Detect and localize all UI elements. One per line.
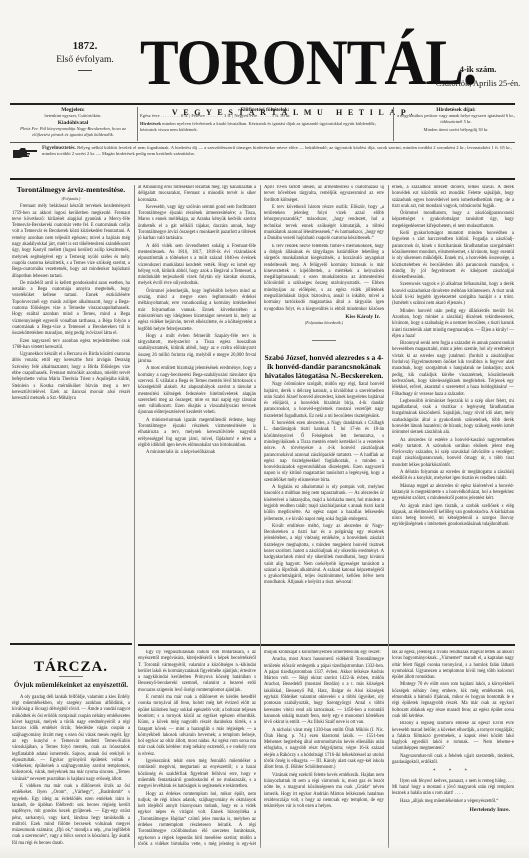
paragraph: Legbensőbb örömünket fejezzük ki a szép … <box>392 399 514 437</box>
paragraph: Ugyanekkor készült el a Berzava és Birda… <box>12 352 130 402</box>
section-rule <box>10 178 515 180</box>
paragraph: Kevesebb, vagy úgy szólván semmi gond se… <box>138 205 256 243</box>
tarcza-column-1: TÁRCZA. Óvjuk műemlékeinket az enyészett… <box>12 648 130 848</box>
column-divider <box>260 185 261 590</box>
paragraph: Egy ily végpusztulásnak induló rom fenta… <box>138 650 256 694</box>
paragraph: muljuk krónikáját s körülményeiben ismer… <box>264 650 384 656</box>
tarcza-column-4: tak az egész, jelenleg a rivalis rendház… <box>392 650 514 848</box>
article-column-2: át Albaunirig erős töltésekkel lezárták … <box>138 185 256 590</box>
paragraph: A oly gazdag déli lankák felföldje, vala… <box>12 695 130 783</box>
paragraph: Örömmel jelenthetjük, hogy legfelsőbb he… <box>138 289 256 333</box>
continuation-note: (Folytatása következik.) <box>264 320 384 326</box>
issue-info: 4-ik szám. Csütörtök, Aprilis 25-én. <box>423 64 529 88</box>
article-column-3: April 10-én tartott ülésén, az ármentesí… <box>264 185 384 590</box>
article-column-1: Torontálmegye árviz-mentesitése. (Folyta… <box>12 185 130 590</box>
paragraph: A ministeriumnak igazán megemlítendő érd… <box>138 418 256 449</box>
paragraph: Ilyen sok fényes! kedves, panaszt, s nem… <box>392 779 514 798</box>
stamp-fee-text: Minden itteni sorért bélyegdíj 30 kr. <box>396 127 516 133</box>
divider <box>59 676 83 677</box>
ads-text: minden nyelven felvétetnek a kiadó hivat… <box>140 121 376 132</box>
paragraph: Nagyszombat-ról csak a fehérek ujjait sz… <box>392 754 514 767</box>
masthead-rule <box>10 103 515 105</box>
divider <box>10 142 515 143</box>
article-headline: Torontálmegye árviz-mentesitése. <box>12 185 130 194</box>
paragraph: át Albaunirig erős töltésekkel lezárták … <box>138 185 256 204</box>
pointing-hand-icon <box>12 147 38 158</box>
column-divider <box>388 185 389 590</box>
paragraph: A most említett bizottság jelentésének e… <box>138 366 256 416</box>
column-divider <box>134 185 135 590</box>
divider <box>78 70 92 71</box>
paragraph: Másnap reggel az alezredes úr egész kísé… <box>392 484 514 503</box>
newspaper-page: 1872. Első évfolyam. TORONTÁL. VEGYESTAR… <box>0 0 529 858</box>
page-bottom-edge <box>0 844 529 858</box>
divider <box>393 107 394 141</box>
tarcza-headline: Óvjuk műemlékeinket az enyészettől. <box>12 681 130 690</box>
paragraph: Fremaut mély belátással készült tervének… <box>12 204 130 280</box>
column-divider <box>388 590 389 848</box>
column-divider <box>260 590 261 848</box>
office-text: Pleitz Fer. Pál könyvnyomdája Nagy-Becsk… <box>12 126 134 138</box>
notice-banner: Figyelmeztetés. Bélyeg nélkül küldött le… <box>12 145 512 175</box>
paragraph: Mintegy 70 év előtt ezen rom hajdani lak… <box>392 682 514 720</box>
paragraph: Aracha, most Aracs hasonnevű vidékéről T… <box>264 657 384 726</box>
paragraph: A nicholai várat még 1330-ban említi Öla… <box>264 728 384 772</box>
paragraph: A déli vidék sem örvendhetett sokáig a F… <box>138 244 256 288</box>
divider <box>137 107 138 141</box>
paragraph: Ezen nagyszerű terv azonban egész terjed… <box>12 339 130 352</box>
edition-info: 1872. Első évfolyam. <box>50 40 120 71</box>
paragraph: Bizony a régiség szomorú emléke az egész… <box>392 721 514 752</box>
paragraph: Igyekezzünk tehát ezen még fennálló műem… <box>138 759 256 790</box>
paragraph: Nagy örömünkre szolgált, midőn egy régi,… <box>264 382 384 420</box>
paragraph: Az ágyak mind igen tiszták, a szobák sze… <box>392 504 514 529</box>
column-divider <box>134 590 135 848</box>
paragraph: E vidéken ma már csak a dűlőnevek őrzik … <box>12 784 130 847</box>
appears-box: Megjelen: hetenkint egyszer, Csütörtökön… <box>12 107 134 141</box>
paragraph: Várának még ezekről felette kevés emléke… <box>264 773 384 811</box>
paragraph: Szerencsés vagyok e jó alkalmat felhaszn… <box>392 282 514 307</box>
paragraph: E romtól ma már csak a dűlőnevet és kérd… <box>138 695 256 758</box>
paragraph: érnek, a századhoz intézett dicsérő, lel… <box>392 185 514 210</box>
paragraph: Bizonnyal senki sem fogja a századot és … <box>392 341 514 398</box>
notice-label: Figyelmeztetés. <box>42 145 76 151</box>
ad-fees-text: a négyhasábos petitsor vagy annak helye … <box>396 113 516 125</box>
issue-number: 4-ik szám. <box>423 64 529 74</box>
notice-text: Bélyeg nélkül küldött levelek el nem fog… <box>42 145 512 156</box>
tarcza-signature: Hertelendy Imre. <box>392 807 510 813</box>
article-byline: (Folytatás.) <box>12 196 130 202</box>
paragraph: Kivált említésre méltó, hogy az alezrede… <box>264 524 384 587</box>
paragraph: A ministerialis úr. a képviselőháznak <box>138 450 256 456</box>
paragraph: Haza „álljuk meg műemlékeinket a végenyé… <box>392 799 514 805</box>
paragraph: Minden honvéd után pedig egy álláskérdés… <box>392 309 514 340</box>
paragraph: Hogy az érdekes romtemplom hol, mikor ép… <box>138 792 256 848</box>
masthead: 1872. Első évfolyam. TORONTÁL. VEGYESTAR… <box>10 20 520 100</box>
paragraph: A foglalás ez alkalommal is oly pompás v… <box>264 485 384 523</box>
ad-fees-box: Hirdetések díjai: a négyhasábos petitsor… <box>396 107 516 141</box>
divider <box>312 340 336 341</box>
subscription-prices: Egész évre . . . . . . . . . 6 ft. | Fél… <box>140 113 390 119</box>
tarcza-rule <box>138 644 515 646</box>
paragraph: A délután folyamán az ezredes úr megláto… <box>392 470 514 483</box>
paragraph: Örömmel mondhatom, hogy a zászlóaljparan… <box>392 211 514 230</box>
tarcza-column-3: muljuk krónikáját s körülményeiben ismer… <box>264 650 384 848</box>
article-column-4: érnek, a századhoz intézett dicsérő, lel… <box>392 185 514 590</box>
subscription-box: Előfizetési föltételek: Egész évre . . .… <box>140 107 390 141</box>
paragraph: De másfelől arról is kellett gondoskodni… <box>12 281 130 338</box>
volume-label: Első évfolyam. <box>50 55 120 65</box>
appears-text: hetenkint egyszer, Csütörtökön. <box>12 113 134 119</box>
paragraph: E terv rendek nézve feleltetik főmér-s m… <box>264 244 384 312</box>
asterism: * * * <box>392 769 514 775</box>
paragraph: Az alezredes úr estéére a honvéd-kaszinó… <box>392 438 514 469</box>
ads-label: Hirdetések <box>140 121 161 126</box>
newspaper-title: TORONTÁL. <box>140 28 440 97</box>
paragraph: E honvédek ezen alezredes, a Nagy dandár… <box>264 421 384 484</box>
section-title: TÁRCZA. <box>12 664 130 670</box>
paragraph: tak az egész, jelenleg a rivalis rendház… <box>392 650 514 681</box>
issue-date: Csütörtök, Aprilis 25-én. <box>423 78 529 88</box>
publication-year: 1872. <box>50 40 120 52</box>
paragraph: E terv következő három részre oszlik: El… <box>264 205 384 243</box>
article-headline: Szabó József, honvéd alezredes s a 4-ik … <box>264 353 384 380</box>
paragraph: Kelő gyakorlottságot mutatott minden hon… <box>392 231 514 281</box>
paragraph: Hogy a múlt évben felmerült Szapáry-féle… <box>138 334 256 365</box>
tarcza-rule <box>10 643 132 645</box>
paragraph: April 10-én tartott ülésén, az ármentesí… <box>264 185 384 204</box>
tarcza-column-2: Egy ily végpusztulásnak induló rom fenta… <box>138 650 256 848</box>
